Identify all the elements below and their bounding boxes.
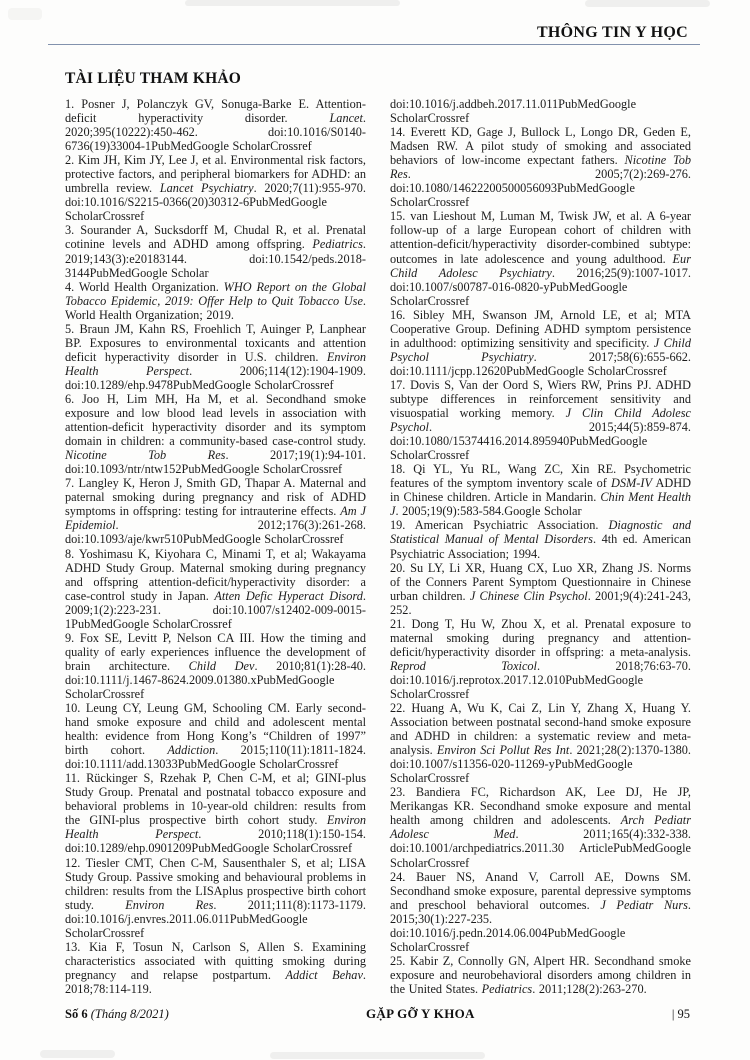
reference-text: 19. American Psychiatric Association. <box>390 518 609 532</box>
scan-artifact <box>585 0 710 7</box>
reference-text: 5. Braun JM, Kahn RS, Froehlich T, Auing… <box>65 322 366 364</box>
reference-item: 20. Su LY, Li XR, Huang CX, Luo XR, Zhan… <box>390 561 691 617</box>
journal-name: Addiction <box>167 743 215 757</box>
reference-text: 7. Langley K, Heron J, Smith GD, Thapar … <box>65 476 366 518</box>
reference-item: doi:10.1016/j.addbeh.2017.11.011PubMedGo… <box>390 97 691 125</box>
scan-artifact <box>40 1050 115 1058</box>
reference-item: 3. Sourander A, Sucksdorff M, Chudal R, … <box>65 223 366 279</box>
reference-item: 21. Dong T, Hu W, Zhou X, et al. Prenata… <box>390 617 691 701</box>
reference-item: 9. Fox SE, Levitt P, Nelson CA III. How … <box>65 631 366 701</box>
journal-name: Nicotine Tob Res <box>65 448 225 462</box>
reference-item: 14. Everett KD, Gage J, Bullock L, Longo… <box>390 125 691 209</box>
reference-text: 16. Sibley MH, Swanson JM, Arnold LE, et… <box>390 308 691 350</box>
reference-item: 7. Langley K, Heron J, Smith GD, Thapar … <box>65 476 366 546</box>
journal-name: Atten Defic Hyperact Disord <box>214 589 363 603</box>
footer-issue-date: (Tháng 8/2021) <box>88 1007 169 1021</box>
journal-name: Reprod Toxicol <box>390 659 537 673</box>
journal-name: Pediatrics <box>482 982 533 996</box>
reference-item: 15. van Lieshout M, Luman M, Twisk JW, e… <box>390 209 691 307</box>
reference-item: 6. Joo H, Lim MH, Ha M, et al. Secondhan… <box>65 392 366 476</box>
reference-text: 4. World Health Organization. <box>65 280 224 294</box>
reference-text: . 2005;7(2):269-276. doi:10.1080/1462220… <box>390 167 691 209</box>
reference-item: 23. Bandiera FC, Richardson AK, Lee DJ, … <box>390 785 691 869</box>
reference-text: 11. Rückinger S, Rzehak P, Chen C-M, et … <box>65 771 366 827</box>
reference-item: 24. Bauer NS, Anand V, Carroll AE, Downs… <box>390 870 691 954</box>
reference-item: 17. Dovis S, Van der Oord S, Wiers RW, P… <box>390 378 691 462</box>
reference-text: 21. Dong T, Hu W, Zhou X, et al. Prenata… <box>390 617 691 659</box>
page-header-title: THÔNG TIN Y HỌC <box>537 24 688 42</box>
page-footer: Số 6 (Tháng 8/2021) GẶP GỠ Y KHOA | 95 <box>65 1006 690 1022</box>
footer-issue: Số 6 (Tháng 8/2021) <box>65 1007 169 1022</box>
journal-name: Pediatrics <box>312 237 363 251</box>
reference-item: 1. Posner J, Polanczyk GV, Sonuga-Barke … <box>65 97 366 153</box>
reference-item: 8. Yoshimasu K, Kiyohara C, Minami T, et… <box>65 547 366 631</box>
reference-item: 11. Rückinger S, Rzehak P, Chen C-M, et … <box>65 771 366 855</box>
journal-name: Lancet <box>329 111 362 125</box>
scan-artifact <box>185 0 400 6</box>
reference-list: 1. Posner J, Polanczyk GV, Sonuga-Barke … <box>65 97 691 996</box>
section-title: TÀI LIỆU THAM KHẢO <box>65 70 241 88</box>
reference-item: 10. Leung CY, Leung GM, Schooling CM. Ea… <box>65 701 366 771</box>
document-page: THÔNG TIN Y HỌC TÀI LIỆU THAM KHẢO 1. Po… <box>0 0 750 1060</box>
journal-name: Addict Behav <box>286 968 363 982</box>
journal-name: DSM-IV <box>611 476 652 490</box>
reference-text: doi:10.1016/j.addbeh.2017.11.011PubMedGo… <box>390 97 636 125</box>
journal-name: Child Dev <box>189 659 255 673</box>
scan-artifact <box>8 8 42 20</box>
reference-item: 4. World Health Organization. WHO Report… <box>65 280 366 322</box>
reference-text: 1. Posner J, Polanczyk GV, Sonuga-Barke … <box>65 97 366 125</box>
reference-item: 13. Kia F, Tosun N, Carlson S, Allen S. … <box>65 940 366 996</box>
reference-item: 5. Braun JM, Kahn RS, Froehlich T, Auing… <box>65 322 366 392</box>
header-rule <box>48 44 700 45</box>
journal-name: J Pediatr Nurs <box>600 898 688 912</box>
journal-name: Environ Sci Pollut Res Int <box>437 743 569 757</box>
journal-name: Environ Res <box>125 898 213 912</box>
reference-text: . 2005;19(9):583-584.Google Scholar <box>395 504 581 518</box>
reference-item: 2. Kim JH, Kim JY, Lee J, et al. Environ… <box>65 153 366 223</box>
reference-item: 22. Huang A, Wu K, Cai Z, Lin Y, Zhang X… <box>390 701 691 785</box>
reference-text: . 2015;44(5):859-874. doi:10.1080/153744… <box>390 420 691 462</box>
footer-journal-name: GẶP GỠ Y KHOA <box>169 1006 672 1022</box>
reference-text: 6. Joo H, Lim MH, Ha M, et al. Secondhan… <box>65 392 366 448</box>
reference-text: . 2011;128(2):263-270. <box>532 982 646 996</box>
reference-item: 16. Sibley MH, Swanson JM, Arnold LE, et… <box>390 308 691 378</box>
scan-artifact <box>270 1052 485 1059</box>
reference-item: 19. American Psychiatric Association. Di… <box>390 518 691 560</box>
reference-item: 18. Qi YL, Yu RL, Wang ZC, Xin RE. Psych… <box>390 462 691 518</box>
reference-column-right: doi:10.1016/j.addbeh.2017.11.011PubMedGo… <box>390 97 691 996</box>
reference-item: 12. Tiesler CMT, Chen C-M, Sausenthaler … <box>65 856 366 940</box>
reference-text: 15. van Lieshout M, Luman M, Twisk JW, e… <box>390 209 691 265</box>
journal-name: Lancet Psychiatry <box>160 181 254 195</box>
footer-issue-number: Số 6 <box>65 1007 88 1021</box>
journal-name: J Chinese Clin Psychol <box>470 589 588 603</box>
reference-column-left: 1. Posner J, Polanczyk GV, Sonuga-Barke … <box>65 97 366 996</box>
reference-item: 25. Kabir Z, Connolly GN, Alpert HR. Sec… <box>390 954 691 996</box>
footer-page-number: | 95 <box>672 1007 690 1022</box>
